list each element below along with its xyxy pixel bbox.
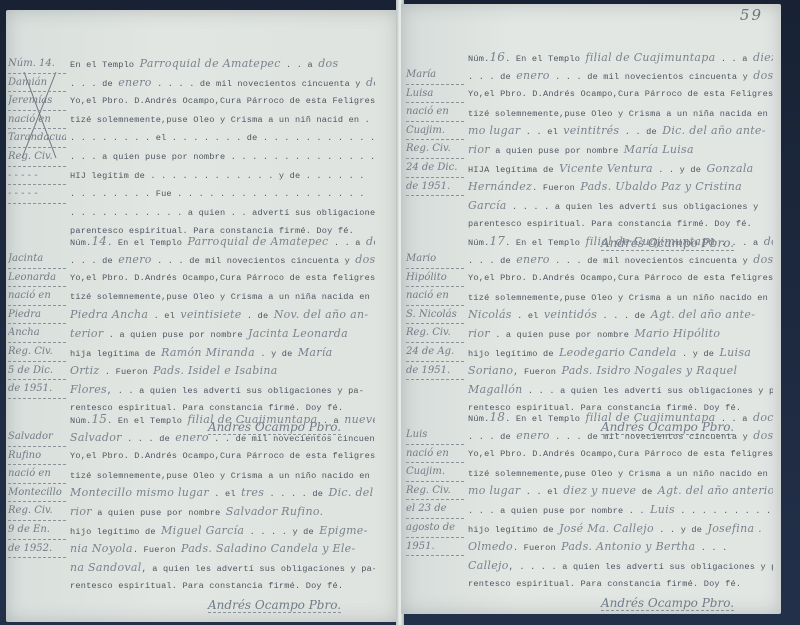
margin-note: Núm. 14. <box>8 55 66 74</box>
typed-text: . Fueron <box>133 545 181 555</box>
handwritten-text: dos . . <box>753 429 773 442</box>
margin-note: Cuajim. <box>406 122 464 141</box>
typed-text: , Fueron <box>513 367 561 377</box>
typed-line: Núm.18. En el Templo filial de Cuajimunt… <box>468 408 773 427</box>
margin-note: 9 de En. <box>8 521 66 540</box>
margin-note: 24 de Dic. <box>406 159 464 178</box>
typed-line: HIJ legítim de . . . . . . . . . . . . y… <box>70 167 375 186</box>
typed-text: de <box>636 487 657 497</box>
handwritten-text: Parroquial de Amatepec <box>140 57 281 70</box>
typed-text: Yo,el Pbro. D.Andrés Ocampo,Cura Párroco… <box>468 273 773 283</box>
typed-text: . a <box>317 416 344 426</box>
typed-text: . el <box>148 311 180 321</box>
typed-text: . En el Templo <box>505 238 585 248</box>
typed-text: . . . a quien les advertí sus obligacion… <box>523 386 773 396</box>
typed-text: . . . . de <box>264 489 328 499</box>
typed-text: . . . de <box>70 79 118 89</box>
typed-text: . de <box>242 311 274 321</box>
typed-text: . . a <box>715 414 753 424</box>
typed-text: . . . . . . . . Fue . . . . . . . . . . … <box>70 189 365 199</box>
typed-line: Montecillo mismo lugar . el tres . . . .… <box>70 484 375 503</box>
typed-line: . . . de enero . . . de mil novecientos … <box>468 427 773 446</box>
typed-line: mo lugar . . el diez y nueve de Agt. del… <box>468 482 773 501</box>
margin-notes: MaríaLuisanació enCuajim.Reg. Civ.24 de … <box>406 66 464 196</box>
typed-text: . . . de <box>468 72 516 82</box>
handwritten-text: doce <box>764 235 773 248</box>
handwritten-text: Hernández <box>468 180 532 193</box>
typed-line: Yo,el Pbro. D.Andrés Ocampo,Cura Párroco… <box>468 445 773 464</box>
handwritten-text: Leodegario Candela <box>559 346 677 359</box>
margin-note: nació en <box>8 465 66 484</box>
handwritten-text: doce . . . <box>753 411 773 424</box>
typed-text: . En el Templo <box>107 416 187 426</box>
typed-line: Yo,el Pbro. D.Andrés Ocampo,Cura Párroco… <box>70 269 375 288</box>
typed-text: . . . de mil novecientos cincuenta y <box>550 256 754 266</box>
handwritten-text: María Luisa <box>624 143 694 156</box>
handwritten-text: dos. <box>753 69 773 82</box>
handwritten-text: Olmedo <box>468 540 513 553</box>
typed-text: . . . de <box>468 256 516 266</box>
typed-line: terior . a quien puse por nombre Jacinta… <box>70 325 375 344</box>
handwritten-text: Miguel García <box>161 524 244 537</box>
handwritten-text: García <box>468 199 507 212</box>
margin-notes: Núm. 14.DamiánJeremíasnació enTarandacua… <box>8 55 66 204</box>
margin-note: Luisa <box>406 85 464 104</box>
typed-line: HIJA legítima de Vicente Ventura . . y d… <box>468 160 773 179</box>
typed-text: . . . . . . . . . <box>675 506 771 516</box>
typed-line: Piedra Ancha . el veintisiete . de Nov. … <box>70 306 375 325</box>
typed-line: na Sandoval, a quien les advertí sus obl… <box>70 559 375 578</box>
typed-text: Núm. <box>468 54 489 64</box>
handwritten-text: nueve .. <box>344 413 375 426</box>
handwritten-text: Luis <box>650 503 675 516</box>
entry-body: Núm.14. En el Templo Parroquial de Amate… <box>70 232 375 418</box>
typed-text: hijo legítimo de <box>70 527 161 537</box>
handwritten-text: enero <box>516 429 550 442</box>
entry-number: 18 <box>489 410 505 424</box>
handwritten-text: na Sandoval <box>70 561 142 574</box>
margin-note: Tarandacuao <box>8 129 66 148</box>
handwritten-text: Agt. del año ante- <box>651 308 755 321</box>
typed-line: hija legítima de Ramón Miranda . y de Ma… <box>70 344 375 363</box>
margin-note: Reg. Civ. <box>406 324 464 343</box>
typed-text: tizé solemnemente,puse Oleo y Crisma a u… <box>468 293 773 303</box>
typed-line: Salvador . . . de enero . . de mil novec… <box>70 429 375 448</box>
handwritten-text: rior <box>468 143 490 156</box>
margin-note: Luis <box>406 426 464 445</box>
margin-note: nació en <box>406 103 464 122</box>
margin-note: Reg. Civ. <box>8 343 66 362</box>
handwritten-text: enero <box>118 76 152 89</box>
typed-text: . . . . a quien les advertí sus obligaci… <box>507 202 759 212</box>
typed-text: . . . <box>695 543 727 553</box>
typed-text: . . el <box>520 127 563 137</box>
typed-line: Yo,el Pbro. D.Andrés Ocampo,Cura Párroco… <box>70 92 375 111</box>
typed-text: . Fueron <box>513 543 561 553</box>
typed-line: . . . a quien puse por nombre . . . . . … <box>70 148 375 167</box>
handwritten-text: veintidós <box>544 308 597 321</box>
typed-text: Yo,el Pbro. D.Andrés Ocampo,Cura Párroco… <box>468 449 773 459</box>
entry-number: 16 <box>489 50 505 64</box>
typed-text: HIJA legítima de <box>468 165 559 175</box>
typed-line: nia Noyola. Fueron Pads. Saladino Candel… <box>70 540 375 559</box>
typed-line: Núm.17. En el Templo filial de Cuajimunt… <box>468 232 773 251</box>
typed-line: Yo,el Pbro. D.Andrés Ocampo,Cura Párroco… <box>468 269 773 288</box>
typed-line: Olmedo. Fueron Pads. Antonio y Bertha . … <box>468 538 773 557</box>
typed-text: , . . . . a quien les advertí sus obliga… <box>509 562 773 572</box>
entry-body: Núm.18. En el Templo filial de Cuajimunt… <box>468 408 773 594</box>
typed-text: . . y de <box>654 525 708 535</box>
page-number: 59 <box>740 6 763 24</box>
typed-line: Yo,el Pbro. D.Andrés Ocampo,Cura Párroco… <box>70 447 375 466</box>
typed-text: . . . de mil novecientos cincuenta y <box>550 432 754 442</box>
margin-note: Hipólito <box>406 269 464 288</box>
typed-text: . En el Templo <box>505 414 585 424</box>
typed-line: rior a quien puse por nombre María Luisa <box>468 141 773 160</box>
margin-note: Jacinta <box>8 250 66 269</box>
typed-line: . . . de enero . . . de mil novecientos … <box>468 251 773 270</box>
typed-text: Núm. <box>70 416 91 426</box>
handwritten-text: filial de Cuajimuntapa <box>585 235 715 248</box>
typed-text: . el <box>209 489 241 499</box>
typed-text: . . y de <box>653 165 707 175</box>
margin-note: Reg. Civ. <box>406 140 464 159</box>
margin-notes: SalvadorRufinonació enMontecilloReg. Civ… <box>8 428 66 558</box>
typed-line: . . . a quien puse por nombre . . Luis .… <box>468 501 773 520</box>
typed-line: Flores, . . a quien les advertí sus obli… <box>70 381 375 400</box>
margin-notes: JacintaLeonardanació enPiedraAnchaReg. C… <box>8 250 66 399</box>
typed-line: rior a quien puse por nombre Salvador Ru… <box>70 503 375 522</box>
typed-text: . En el Templo <box>505 54 585 64</box>
handwritten-text: Ramón Miranda <box>161 346 255 359</box>
handwritten-text: Agt. del año anterior <box>658 484 773 497</box>
margin-note: María <box>406 66 464 85</box>
margin-note: Salvador <box>8 428 66 447</box>
typed-text: . . a <box>281 60 319 70</box>
typed-line: hijo legítimo de José Ma. Callejo . . y … <box>468 520 773 539</box>
typed-line: rior . a quien puse por nombre Mario Hip… <box>468 325 773 344</box>
margin-note: Rufino <box>8 447 66 466</box>
margin-note: Mario <box>406 250 464 269</box>
handwritten-text: Nov. del año an- <box>274 308 369 321</box>
handwritten-text: Soriano <box>468 364 513 377</box>
handwritten-text: tres <box>241 486 264 499</box>
margin-note: nació en <box>8 111 66 130</box>
typed-line: Nicolás . el veintidós . . . de Agt. del… <box>468 306 773 325</box>
handwritten-text: enero <box>175 431 209 444</box>
typed-text: . a quien puse por nombre <box>490 330 635 340</box>
entry-number: 17 <box>489 234 505 248</box>
handwritten-text: Nicolás <box>468 308 512 321</box>
typed-text: . . . de mil novecientos cincuenta y <box>550 72 754 82</box>
typed-line: Magallón . . . a quien les advertí sus o… <box>468 381 773 400</box>
typed-line: mo lugar . . el veintitrés . . de Dic. d… <box>468 122 773 141</box>
handwritten-text: Luisa <box>720 346 752 359</box>
handwritten-text: Pads. Antonio y Bertha <box>561 540 695 553</box>
typed-text: . y de <box>255 349 298 359</box>
entry-body: Núm.15. En el Templo filial de Cuajimunt… <box>70 410 375 596</box>
margin-note: Jeremías <box>8 92 66 111</box>
margin-note: de 1952. <box>8 540 66 559</box>
typed-text: Núm. <box>468 238 489 248</box>
typed-text: hijo legítimo de <box>468 525 559 535</box>
handwritten-text: enero <box>516 253 550 266</box>
entry-body: Núm.17. En el Templo filial de Cuajimunt… <box>468 232 773 418</box>
handwritten-text: mo lugar <box>468 484 520 497</box>
margin-note: Ancha <box>8 324 66 343</box>
typed-line: . . . . . . . . el . . . . . . . de . . … <box>70 129 375 148</box>
handwritten-text: María <box>298 346 333 359</box>
typed-line: tizé solemnemente,puse Oleo y Crisma a u… <box>70 466 375 485</box>
typed-line: García . . . . a quien les advertí sus o… <box>468 197 773 216</box>
handwritten-text: filial de Cuajimuntapa <box>187 413 317 426</box>
typed-text: Yo,el Pbro. D.Andrés Ocampo,Cura Párroco… <box>468 89 773 99</box>
entry-body: En el Templo Parroquial de Amatepec . . … <box>70 55 375 241</box>
handwritten-text: José Ma. Callejo <box>559 522 654 535</box>
typed-text: Yo,el Pbro. D.Andrés Ocampo,Cura Párroco… <box>70 96 375 106</box>
typed-line: Núm.16. En el Templo filial de Cuajimunt… <box>468 48 773 67</box>
margin-note: S. Nicolás <box>406 306 464 325</box>
handwritten-text: Pads. Saladino Candela y Ele- <box>181 542 355 555</box>
typed-text: Núm. <box>468 414 489 424</box>
typed-text: tizé solemnemente,puse Oleo y Crisma a u… <box>468 469 773 479</box>
margin-note: de 1951. <box>406 178 464 197</box>
handwritten-text: veintitrés <box>563 124 619 137</box>
handwritten-text: Dic. del año ante- <box>328 486 375 499</box>
handwritten-text: dos . . <box>753 253 773 266</box>
typed-text: HIJ legítim de . . . . . . . . . . . . y… <box>70 171 365 181</box>
typed-line: rentesco espiritual. Para constancia fir… <box>468 575 773 594</box>
handwritten-text: Piedra Ancha <box>70 308 148 321</box>
handwritten-text: Montecillo mismo lugar <box>70 486 209 499</box>
typed-text: a quien puse por nombre <box>92 508 226 518</box>
handwritten-text: Ortiz <box>70 364 100 377</box>
typed-text: Yo,el Pbro. D.Andrés Ocampo,Cura Párroco… <box>70 451 375 461</box>
typed-text: . Fueron <box>100 367 154 377</box>
handwritten-text: mo lugar <box>468 124 520 137</box>
handwritten-text: dos . . <box>355 253 375 266</box>
typed-line: . . . . . . . . Fue . . . . . . . . . . … <box>70 185 375 204</box>
handwritten-text: Magallón <box>468 383 523 396</box>
typed-line: . . . de enero . . . . de mil noveciento… <box>70 74 375 93</box>
typed-text: Yo,el Pbro. D.Andrés Ocampo,Cura Párroco… <box>70 273 375 283</box>
margin-note: Reg. Civ. <box>8 148 66 167</box>
margin-note: Piedra <box>8 306 66 325</box>
margin-note: nació en <box>406 287 464 306</box>
handwritten-text: filial de Cuajimuntapa <box>585 411 715 424</box>
handwritten-text: Salvador Rufino. <box>226 505 324 518</box>
typed-line: tizé solemnemente,puse Oleo y Crisma a u… <box>468 288 773 307</box>
typed-line: tizé solemnemente,puse Oleo y Crisma a u… <box>70 288 375 307</box>
typed-text: . . . . de mil novecientos cincuenta y <box>152 79 366 89</box>
typed-line: . . . de enero . . . de mil novecientos … <box>70 251 375 270</box>
typed-text: En el Templo <box>70 60 140 70</box>
typed-line: tizé solemnemente,puse Oleo y Crisma a u… <box>468 104 773 123</box>
typed-text: tizé solemnemente,puse Oleo y Crisma a u… <box>70 292 375 302</box>
handwritten-text: veintisiete <box>180 308 241 321</box>
typed-text: . . . a quien puse por nombre . . <box>468 506 650 516</box>
typed-text: . Fueron <box>532 183 580 193</box>
typed-line: Hernández. Fueron Pads. Ubaldo Paz y Cri… <box>468 178 773 197</box>
typed-line: . . . . . . . . . . . a quien . . advert… <box>70 204 375 223</box>
typed-text: Núm. <box>70 238 91 248</box>
typed-line: tizé solemnemente,puse Oleo y Crisma a u… <box>70 111 375 130</box>
typed-text: hijo legítimo de <box>468 349 559 359</box>
margin-note: Reg. Civ. <box>406 482 464 501</box>
margin-note: - - - - - <box>8 185 66 204</box>
handwritten-text: Flores <box>70 383 107 396</box>
typed-text: . . . . . . . . . . . a quien . . advert… <box>70 208 375 218</box>
margin-notes: MarioHipólitonació enS. NicolásReg. Civ.… <box>406 250 464 380</box>
typed-text: a quien puse por nombre <box>490 146 624 156</box>
typed-text: tizé solemnemente,puse Oleo y Crisma a u… <box>70 471 375 481</box>
margin-note: Reg. Civ. <box>8 502 66 521</box>
typed-text: . . el <box>520 487 563 497</box>
handwritten-text: Pads. Isidro Nogales y Raquel <box>562 364 738 377</box>
typed-text: . a quien puse por nombre <box>103 330 248 340</box>
typed-text: . . . de <box>122 434 176 444</box>
typed-line: Callejo, . . . . a quien les advertí sus… <box>468 557 773 576</box>
handwritten-text: diez y nueve <box>563 484 636 497</box>
handwritten-text: Callejo <box>468 559 509 572</box>
typed-line: Yo,el Pbro. D.Andrés Ocampo,Cura Párroco… <box>468 85 773 104</box>
typed-text: . . . . . . . . el . . . . . . . de . . … <box>70 133 375 143</box>
typed-text: . . . de <box>468 432 516 442</box>
handwritten-text: Dic. del año ante- <box>662 124 766 137</box>
handwritten-text: enero <box>118 253 152 266</box>
margin-note: - - - - - <box>8 167 66 186</box>
typed-text: rentesco espiritual. Para constancia fir… <box>468 579 741 589</box>
typed-text: tizé solemnemente,puse Oleo y Crisma a u… <box>468 109 773 119</box>
typed-line: rentesco espiritual. Para constancia fir… <box>70 577 375 596</box>
typed-text: . . . de mil novecientos cincuenta y <box>152 256 356 266</box>
typed-line: hijo legítimo de Leodegario Candela . y … <box>468 344 773 363</box>
typed-text: . . . a quien puse por nombre . . . . . … <box>70 152 375 162</box>
margin-note: el 23 de <box>406 500 464 519</box>
priest-signature: Andrés Ocampo Pbro. <box>208 598 341 613</box>
typed-line: Soriano, Fueron Pads. Isidro Nogales y R… <box>468 362 773 381</box>
margin-notes: Luisnació enCuajim.Reg. Civ.el 23 deagos… <box>406 426 464 556</box>
handwritten-text: rior <box>70 505 92 518</box>
entry-body: Núm.16. En el Templo filial de Cuajimunt… <box>468 48 773 234</box>
margin-note: agosto de <box>406 519 464 538</box>
handwritten-text: Vicente Ventura <box>559 162 653 175</box>
typed-text: tizé solemnemente,puse Oleo y Crisma a u… <box>70 115 375 125</box>
typed-line: hijo legítimo de Miguel García . . . . y… <box>70 522 375 541</box>
margin-note: Damián <box>8 74 66 93</box>
margin-note: Montecillo <box>8 484 66 503</box>
typed-text: hija legítima de <box>70 349 161 359</box>
typed-text: . . . . y de <box>244 527 319 537</box>
handwritten-text: enero <box>516 69 550 82</box>
margin-note: 1951. <box>406 538 464 557</box>
typed-line: Ortiz . Fueron Pads. Isidel e Isabina <box>70 362 375 381</box>
handwritten-text: Mario Hipólito <box>635 327 721 340</box>
margin-note: Leonarda <box>8 269 66 288</box>
typed-line: Núm.14. En el Templo Parroquial de Amate… <box>70 232 375 251</box>
handwritten-text: Pads. Isidel e Isabina <box>153 364 278 377</box>
handwritten-text: Pads. Ubaldo Paz y Cristina <box>580 180 742 193</box>
margin-note: de 1951. <box>8 380 66 399</box>
typed-text: . . de <box>619 127 662 137</box>
typed-line: tizé solemnemente,puse Oleo y Crisma a u… <box>468 464 773 483</box>
handwritten-text: Epigme- <box>319 524 367 537</box>
handwritten-text: filial de Cuajimuntapa <box>585 51 715 64</box>
typed-text: . . . de <box>597 311 651 321</box>
typed-text: . En el Templo <box>107 238 187 248</box>
typed-text: . . . a <box>715 238 763 248</box>
typed-text: . y de <box>677 349 720 359</box>
entry-number: 15 <box>91 412 107 426</box>
typed-text: , a quien les advertí sus obligaciones y… <box>142 564 375 574</box>
margin-note: nació en <box>8 287 66 306</box>
typed-text: . . a <box>715 54 753 64</box>
typed-line: Núm.15. En el Templo filial de Cuajimunt… <box>70 410 375 429</box>
margin-note: Cuajim. <box>406 463 464 482</box>
margin-note: 5 de Dic. <box>8 362 66 381</box>
entry-number: 14 <box>91 234 107 248</box>
handwritten-text: diez . . . <box>753 51 773 64</box>
typed-text: . el <box>512 311 544 321</box>
typed-line: En el Templo Parroquial de Amatepec . . … <box>70 55 375 74</box>
typed-text: . . de mil novecientos cincuenta y <box>209 434 375 444</box>
handwritten-text: terior <box>70 327 103 340</box>
typed-text: parentesco espiritual. Para constancia f… <box>468 219 752 229</box>
handwritten-text: dos. <box>366 76 375 89</box>
margin-note: nació en <box>406 445 464 464</box>
handwritten-text: Josefina . <box>708 522 762 535</box>
handwritten-text: dos <box>366 235 375 248</box>
handwritten-text: rior <box>468 327 490 340</box>
typed-line: . . . de enero . . . de mil novecientos … <box>468 67 773 86</box>
handwritten-text: Gonzala <box>706 162 753 175</box>
typed-text: rentesco espiritual. Para constancia fir… <box>70 581 343 591</box>
typed-text: , . . a quien les advertí sus obligacion… <box>107 386 364 396</box>
handwritten-text: Salvador <box>70 431 122 444</box>
margin-note: de 1951. <box>406 362 464 381</box>
typed-text: . . . de <box>70 256 118 266</box>
priest-signature: Andrés Ocampo Pbro. <box>601 596 734 611</box>
handwritten-text: Parroquial de Amatepec <box>187 235 328 248</box>
handwritten-text: nia Noyola <box>70 542 133 555</box>
typed-text: . . a <box>329 238 367 248</box>
handwritten-text: dos <box>318 57 338 70</box>
handwritten-text: Jacinta Leonarda <box>248 327 348 340</box>
margin-note: 24 de Ag. <box>406 343 464 362</box>
